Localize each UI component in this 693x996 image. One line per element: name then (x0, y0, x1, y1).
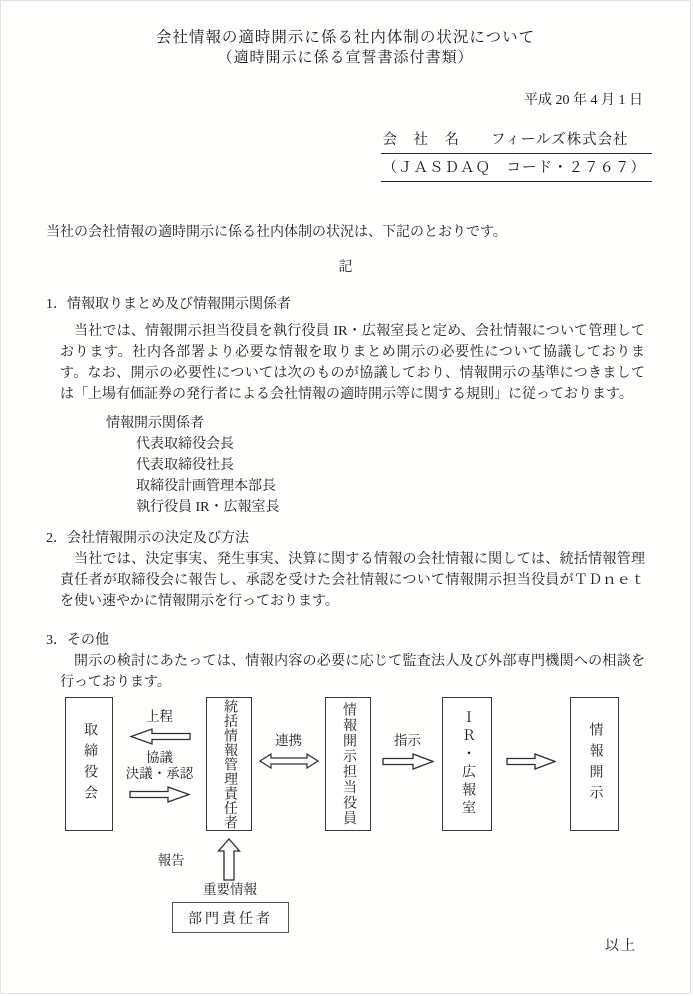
box-ir-pr-office: ＩＲ・広報室 (442, 697, 492, 831)
company-block: 会 社 名 フィールズ株式会社 （ＪＡＳＤＡＱ コード・２７６７） (381, 130, 653, 182)
section-1-heading: 1．情報取りまとめ及び情報開示関係者 (46, 294, 645, 315)
box-disclosure-officer: 情報開示担当役員 (325, 697, 371, 831)
box-information-management-officer: 統括情報管理責任者 (206, 697, 252, 831)
company-name-line: 会 社 名 フィールズ株式会社 (381, 130, 653, 154)
list-item: 取締役計画管理本部長 (136, 476, 645, 497)
connector-officer-ir-office: 指示 (373, 697, 442, 831)
list-item: 執行役員 IR・広報室長 (136, 497, 645, 518)
arrow-right-icon (506, 753, 556, 770)
section-3-heading: 3．その他 (46, 630, 645, 651)
section-2-heading: 2．会社情報開示の決定及び方法 (46, 528, 645, 549)
section-2-body: 当社では、決定事実、発生事実、決算に関する情報の会社情報に関しては、統括情報管理… (60, 549, 645, 612)
disclosure-parties-title: 情報開示関係者 (106, 413, 645, 434)
document-page: 会社情報の適時開示に係る社内体制の状況について （適時開示に係る宣誓書添付書類）… (0, 0, 691, 994)
page-title: 会社情報の適時開示に係る社内体制の状況について (46, 27, 645, 48)
label-important-info: 重要情報 (194, 882, 266, 898)
company-code-line: （ＪＡＳＤＡＱ コード・２７６７） (381, 158, 653, 182)
label-cooperation: 連携 (275, 733, 302, 749)
connector-manager-disclosure-officer: 連携 (252, 697, 325, 831)
list-item: 代表取締役会長 (136, 434, 645, 455)
page-subtitle: （適時開示に係る宣誓書添付書類） (46, 48, 645, 69)
box-information-disclosure: 情報開示 (570, 697, 619, 831)
list-item: 代表取締役社長 (136, 455, 645, 476)
ki-mark: 記 (46, 257, 645, 278)
arrow-left-icon (129, 728, 191, 745)
document-date: 平成 20 年 4 月 1 日 (46, 93, 645, 108)
arrow-double-icon (258, 753, 320, 769)
intro-paragraph: 当社の会社情報の適時開示に係る社内体制の状況は、下記のとおりです。 (46, 222, 645, 243)
arrow-right-icon (382, 753, 434, 770)
section-1-body: 当社では、情報開示担当役員を執行役員 IR・広報室長と定め、会社情報について管理… (60, 321, 645, 405)
arrow-right-icon (129, 786, 191, 803)
label-resolution-approval: 決議・承認 (126, 766, 194, 782)
label-instruction: 指示 (394, 733, 421, 749)
label-submission: 上程 (146, 709, 173, 725)
connector-ir-disclosure (492, 697, 570, 831)
label-consultation: 協議 (146, 750, 173, 766)
connector-board-manager: 上程 協議 決議・承認 (113, 697, 206, 831)
disclosure-flow-diagram: 取締役会 上程 協議 決議・承認 統括情報管理責任者 連携 情報開示担当役員 指… (1, 685, 690, 955)
box-department-manager: 部門責任者 (172, 902, 289, 933)
box-board-of-directors: 取締役会 (65, 697, 113, 831)
closing-mark: 以上 (605, 935, 637, 955)
label-report: 報告 (147, 853, 195, 869)
arrow-up-icon (216, 837, 242, 881)
